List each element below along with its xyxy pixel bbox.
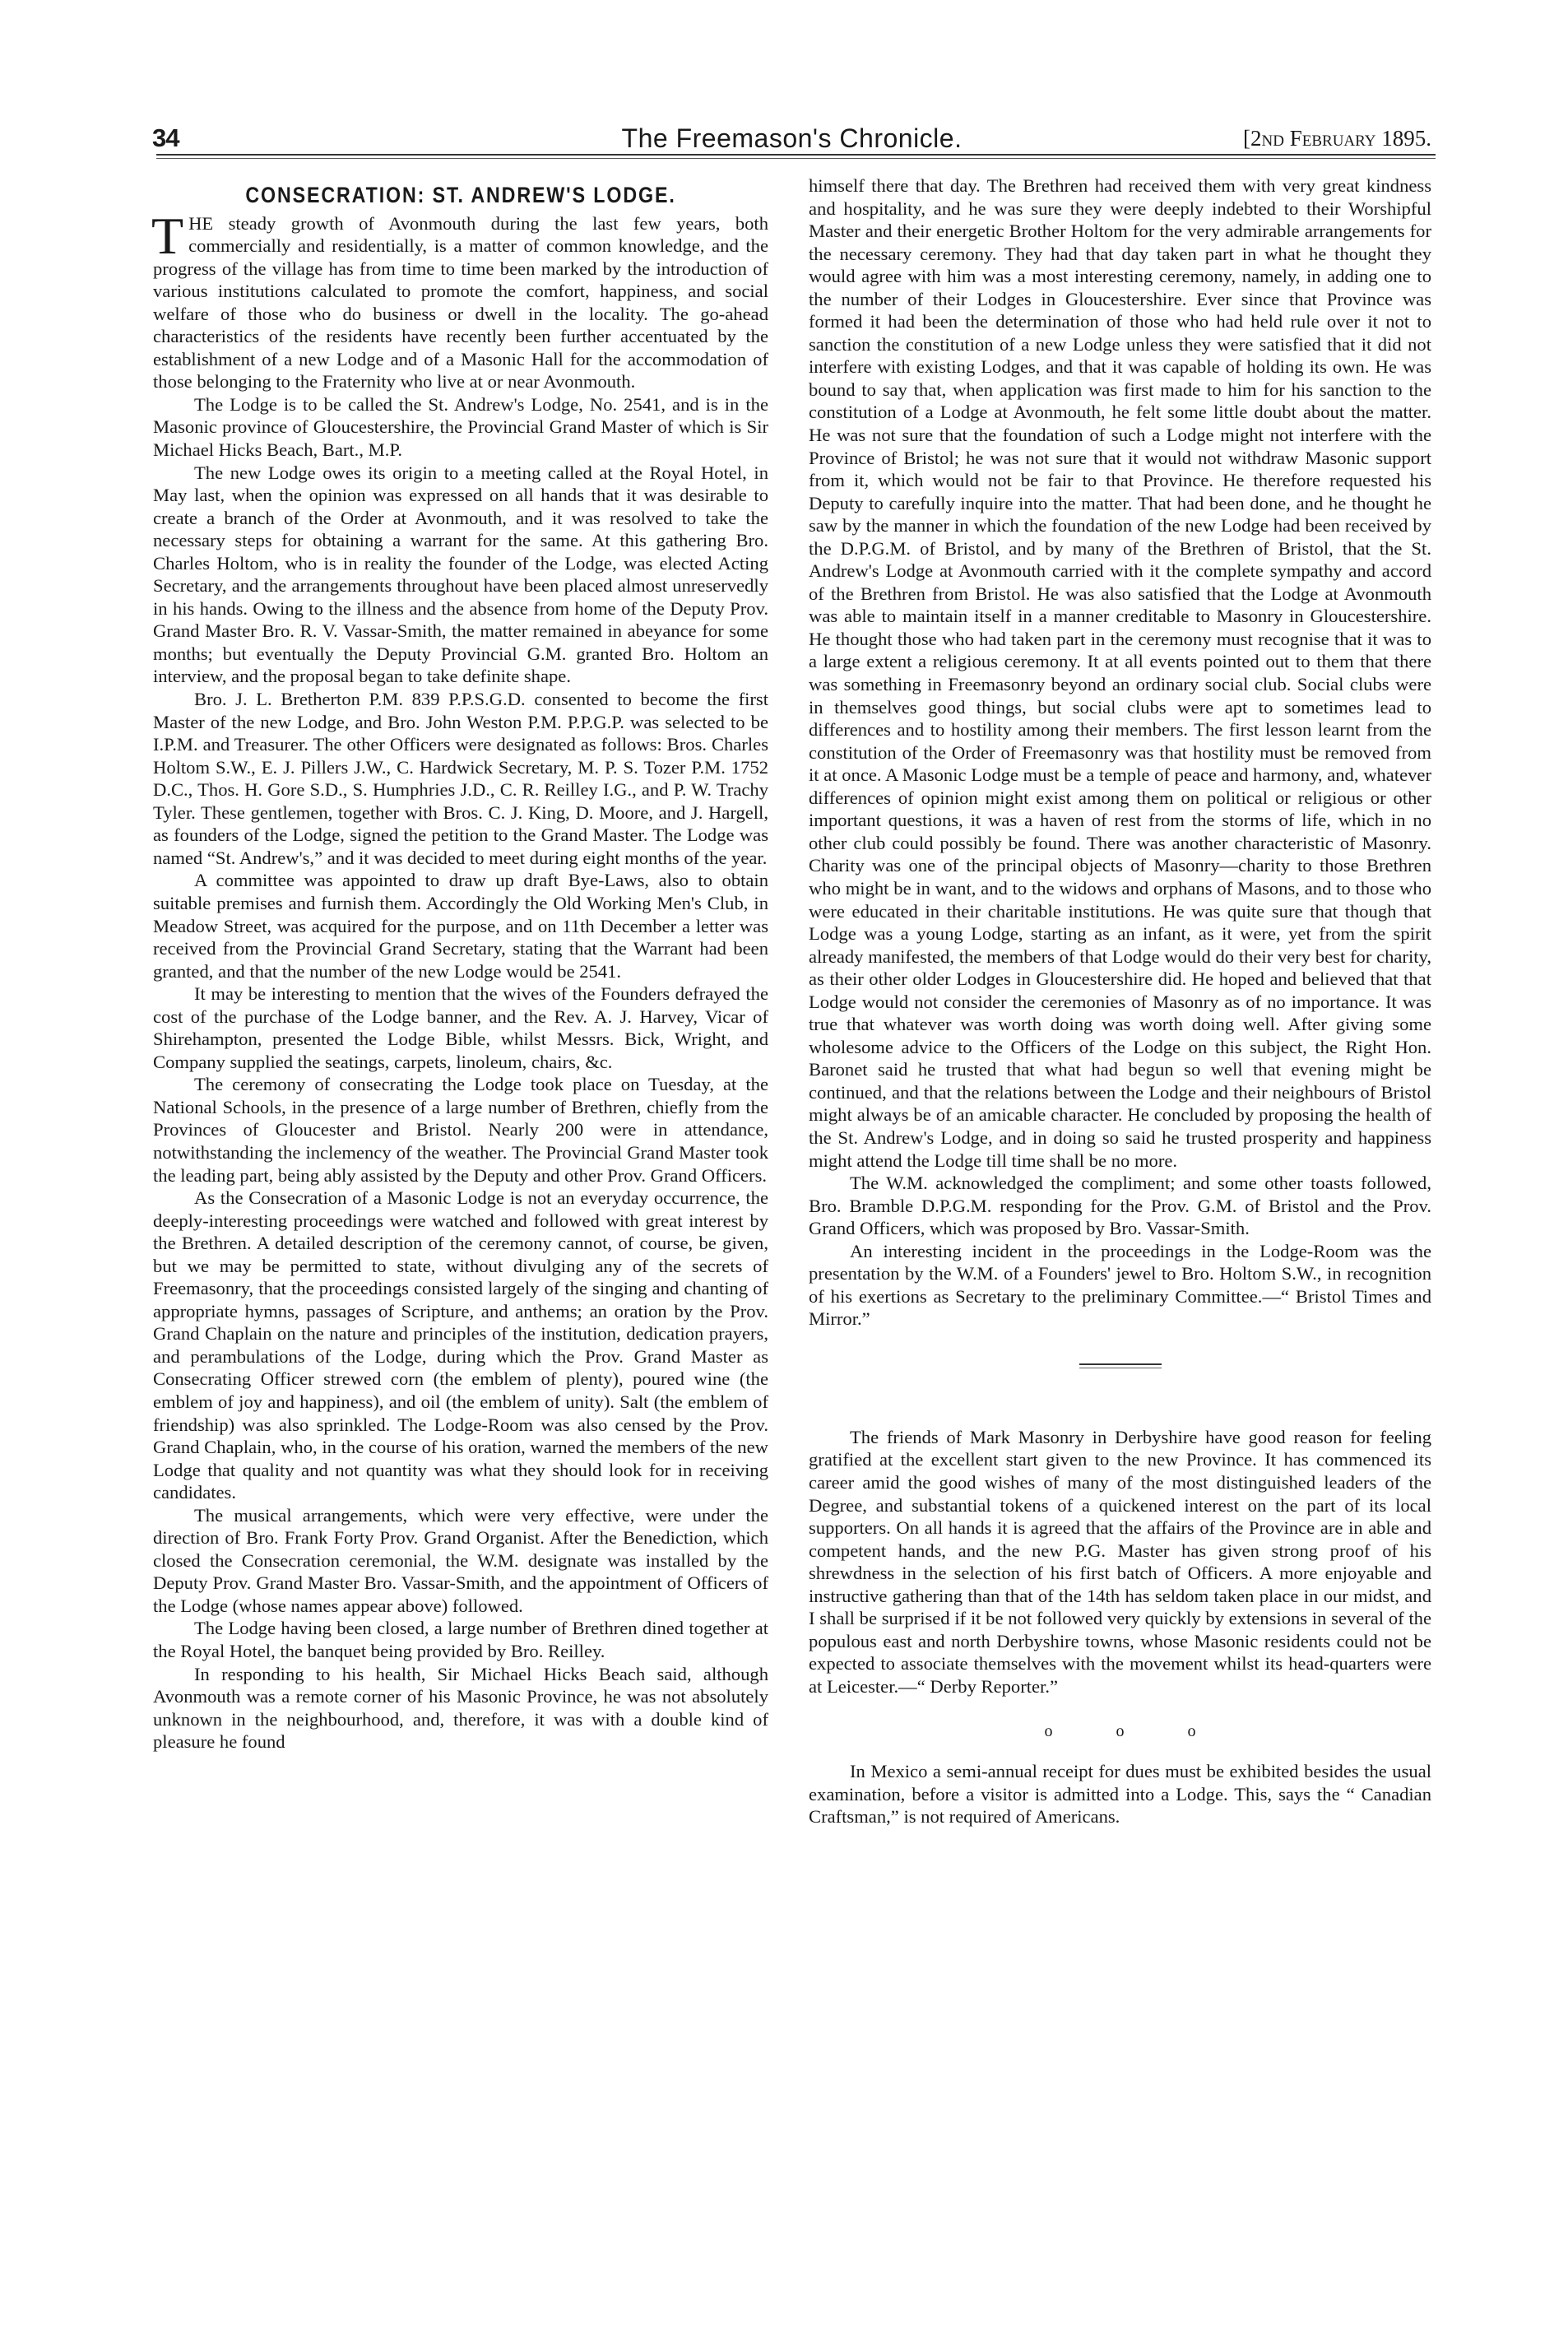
- mexico-item: In Mexico a semi-annual receipt for dues…: [809, 1760, 1431, 1828]
- article-heading: CONSECRATION: ST. ANDREW'S LODGE.: [196, 184, 725, 207]
- column-right: himself there that day. The Brethren had…: [809, 174, 1431, 1828]
- article-paragraph: The musical arrangements, which were ver…: [153, 1504, 768, 1618]
- article-paragraph: As the Consecration of a Masonic Lodge i…: [153, 1187, 768, 1504]
- article-paragraph-continued: The W.M. acknowledged the compliment; an…: [809, 1172, 1431, 1240]
- masthead-double-rule: [156, 154, 1436, 159]
- article-paragraph-continued: An interesting incident in the proceedin…: [809, 1240, 1431, 1331]
- date-bracket: [: [1243, 126, 1250, 151]
- date-year: 1895.: [1381, 126, 1431, 151]
- article-paragraph: A committee was appointed to draw up dra…: [153, 869, 768, 982]
- publication-title: The Freemason's Chronicle.: [152, 123, 1431, 154]
- article-paragraph: The new Lodge owes its origin to a meeti…: [153, 462, 768, 688]
- derbyshire-item: The friends of Mark Masonry in Derbyshir…: [809, 1426, 1431, 1698]
- masthead: 34 The Freemason's Chronicle. [2nd Febru…: [152, 123, 1431, 156]
- article-paragraph: It may be interesting to mention that th…: [153, 982, 768, 1073]
- separator-ornament: o o o: [809, 1721, 1431, 1744]
- date-month: February: [1290, 126, 1376, 151]
- article-paragraph: The Lodge is to be called the St. Andrew…: [153, 393, 768, 462]
- drop-cap: T: [151, 215, 183, 258]
- article-paragraph-continued: himself there that day. The Brethren had…: [809, 174, 1431, 1172]
- newspaper-page: 34 The Freemason's Chronicle. [2nd Febru…: [0, 0, 1568, 2341]
- article-paragraph: The ceremony of consecrating the Lodge t…: [153, 1073, 768, 1187]
- article-paragraph: The Lodge having been closed, a large nu…: [153, 1617, 768, 1662]
- date-day: 2nd: [1250, 126, 1284, 151]
- article-paragraph: Bro. J. L. Bretherton P.M. 839 P.P.S.G.D…: [153, 688, 768, 869]
- issue-date: [2nd February 1895.: [1243, 126, 1431, 151]
- article-paragraph: THE steady growth of Avonmouth during th…: [153, 212, 768, 393]
- section-divider-rule: [1079, 1363, 1162, 1368]
- column-left: CONSECRATION: ST. ANDREW'S LODGE. THE st…: [153, 174, 768, 1753]
- article-paragraph: In responding to his health, Sir Michael…: [153, 1663, 768, 1753]
